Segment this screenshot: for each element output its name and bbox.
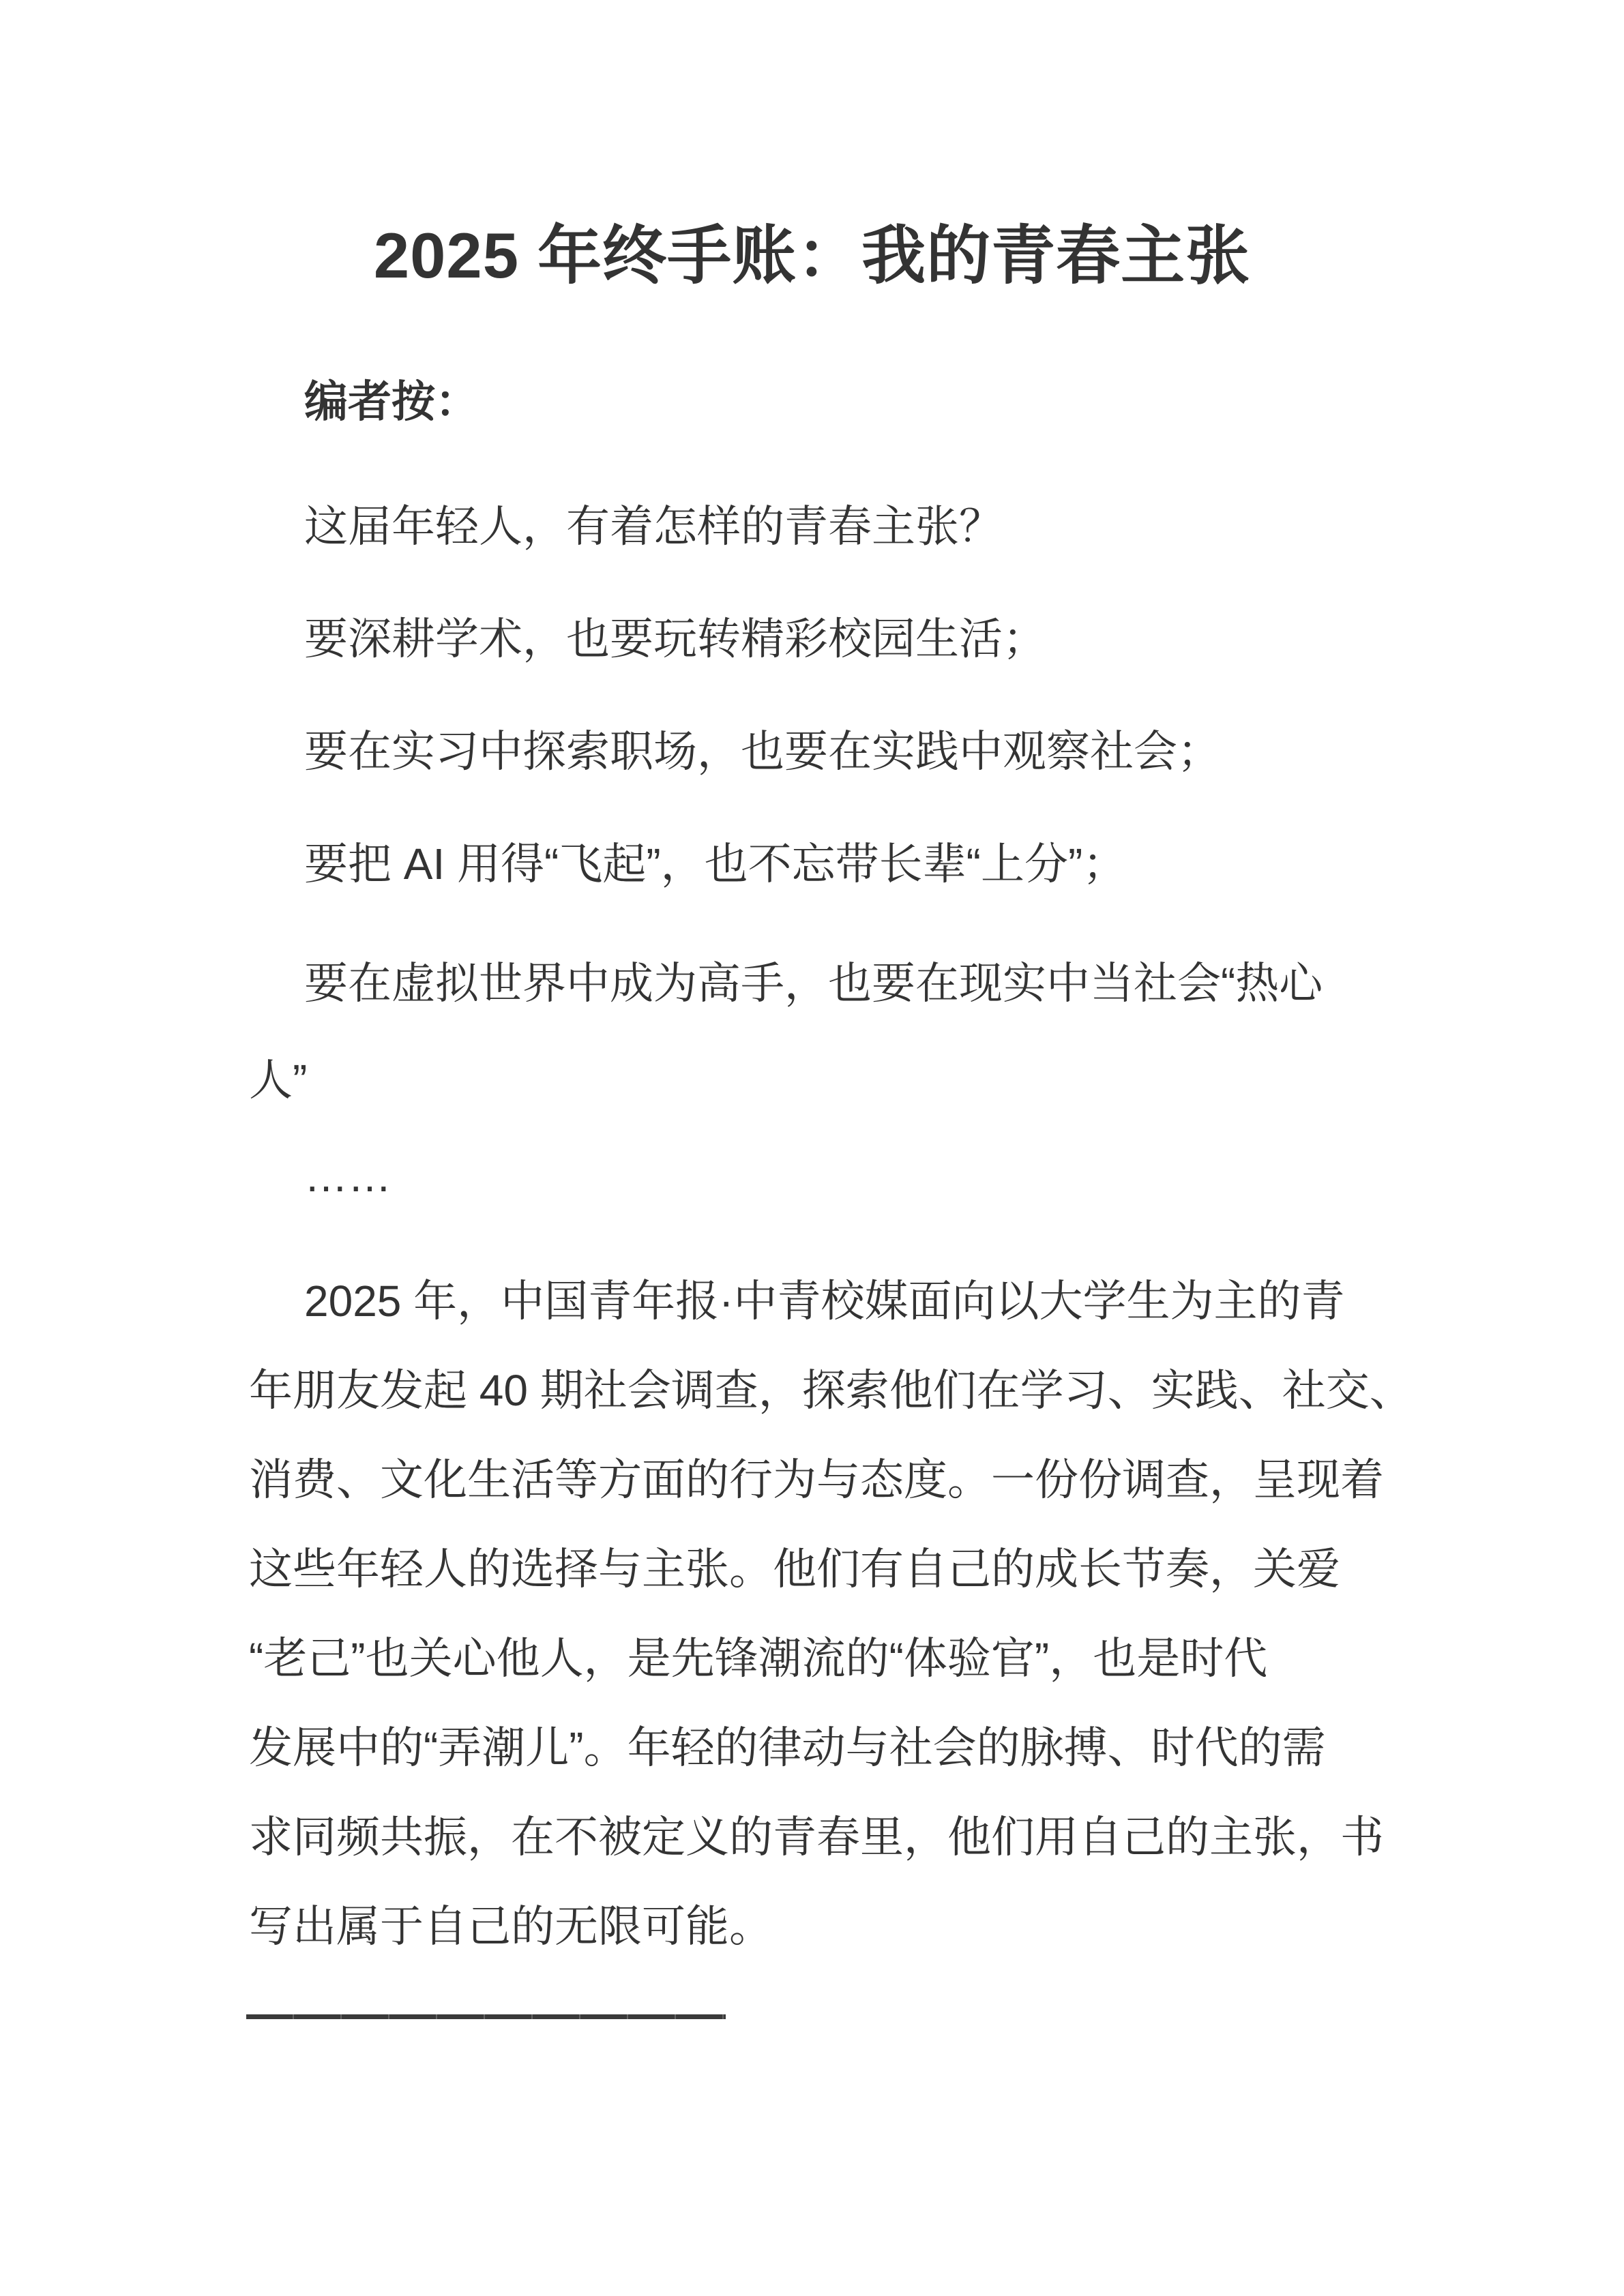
editor-note-line-wrap: 人” <box>249 1058 307 1102</box>
editor-note-line: 要深耕学术，也要玩转精彩校园生活； <box>304 617 1046 661</box>
editor-note-line: 要把 AI 用得“飞起”，也不忘带长辈“上分”； <box>304 842 1126 886</box>
body-paragraph-line: “老己”也关心他人，是先锋潮流的“体验官”，也是时代 <box>249 1637 1267 1680</box>
body-paragraph-line: 求同频共振，在不被定义的青春里，他们用自己的主张，书 <box>249 1815 1384 1859</box>
body-paragraph-line: 写出属于自己的无限可能。 <box>249 1905 773 1948</box>
editor-note-line: 要在实习中探索职场，也要在实践中观察社会； <box>304 730 1221 773</box>
editor-note-label: 编者按： <box>304 380 479 423</box>
document-page: 2025 年终手账：我的青春主张 编者按： 这届年轻人，有着怎样的青春主张？ 要… <box>0 0 1624 2296</box>
document-title: 2025 年终手账：我的青春主张 <box>0 224 1624 288</box>
footnote-divider <box>246 2014 726 2019</box>
editor-note-line: 要在虚拟世界中成为高手，也要在现实中当社会“热心 <box>304 961 1323 1005</box>
editor-note-ellipsis: …… <box>304 1154 392 1198</box>
body-paragraph-line: 发展中的“弄潮儿”。年轻的律动与社会的脉搏、时代的需 <box>249 1726 1326 1770</box>
body-paragraph-line: 消费、文化生活等方面的行为与态度。一份份调查，呈现着 <box>249 1458 1384 1502</box>
body-paragraph-line: 这些年轻人的选择与主张。他们有自己的成长节奏，关爱 <box>249 1547 1340 1591</box>
body-paragraph-line: 2025 年，中国青年报·中青校媒面向以大学生为主的青 <box>304 1279 1344 1323</box>
editor-note-line: 这届年轻人，有着怎样的青春主张？ <box>304 505 1003 548</box>
body-paragraph-line: 年朋友发起 40 期社会调查，探索他们在学习、实践、社交、 <box>249 1369 1413 1412</box>
